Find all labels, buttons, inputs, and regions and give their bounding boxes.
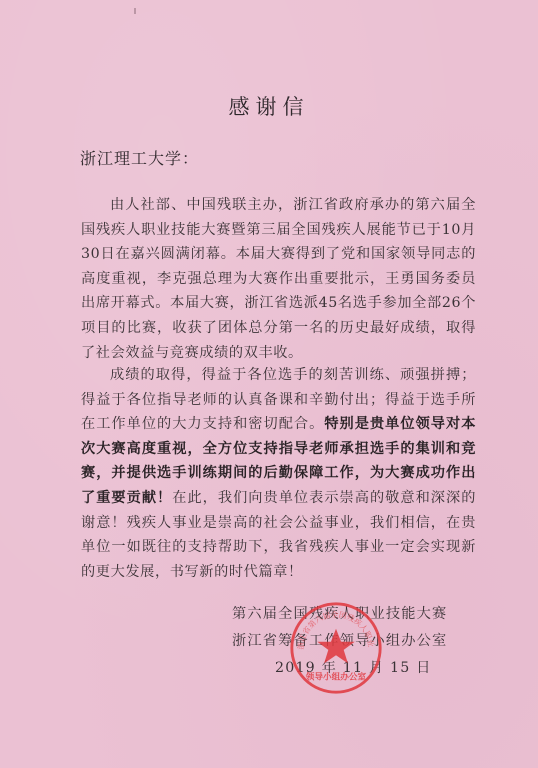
paragraph-1: 由人社部、中国残联主办，浙江省政府承办的第六届全国残疾人职业技能大赛暨第三届全国… <box>81 193 476 365</box>
signature-office: 浙江省筹备工作领导小组办公室 <box>232 630 447 650</box>
paper-speck <box>134 8 136 14</box>
signature-date: 2019 年 11 月 15 日 <box>275 657 432 677</box>
signature-organization: 第六届全国残疾人职业技能大赛 <box>232 603 447 623</box>
letter-title: 感谢信 <box>0 91 538 121</box>
letter-page: 感谢信 浙江理工大学： 由人社部、中国残联主办，浙江省政府承办的第六届全国残疾人… <box>0 0 538 768</box>
paragraph-2: 成绩的取得，得益于各位选手的刻苦训练、顽强拼搏；得益于各位指导老师的认真备课和辛… <box>81 363 476 584</box>
letter-salutation: 浙江理工大学： <box>80 146 199 169</box>
